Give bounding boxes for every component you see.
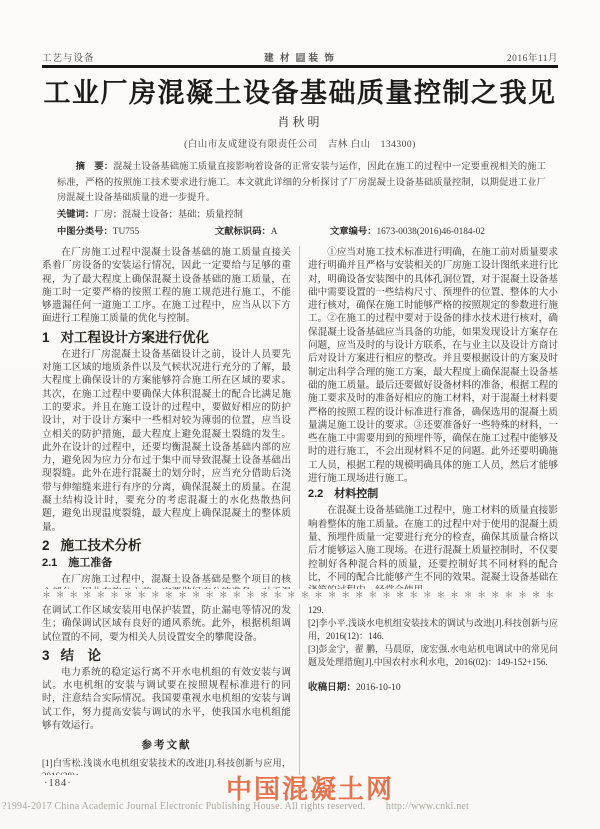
doc-code-value: A	[271, 227, 278, 237]
section-heading-2: 2施工技术分析	[42, 537, 291, 554]
article-id-value: 1673-0038(2016)46-0184-02	[377, 227, 485, 237]
body-paragraph: 在调试工作区域安装用电保护装置，防止漏电等情况的发生；确保调试区域有良好的通风系…	[42, 604, 291, 644]
header-rule	[42, 65, 558, 68]
journal-title: 建 材 与 装 饰	[214, 50, 386, 64]
author-name: 肖秋明	[0, 113, 600, 130]
section-number: 3	[42, 647, 50, 664]
clc-value: TU755	[113, 227, 139, 237]
continued-article: 在调试工作区域安装用电保护装置，防止漏电等情况的发生；确保调试区域有良好的通风系…	[42, 604, 558, 775]
subsection-number: 2.1	[42, 556, 57, 571]
abstract-block: 摘 要：混凝土设备基础施工质量直接影响着设备的正常安装与运作，因此在施工的过程中…	[57, 159, 546, 241]
body-paragraph: 在混凝土设备基础施工过程中，施工材料的质量直接影响着整体的施工质量。在施工的过程…	[308, 504, 558, 589]
main-body: 在厂房施工过程中混凝土设备基础的施工质量直接关系着厂房设备的安装运行情况，因此一…	[42, 246, 558, 589]
bottom-left-column: 在调试工作区域安装用电保护装置，防止漏电等情况的发生；确保调试区域有良好的通风系…	[42, 604, 300, 775]
abstract-paragraph: 摘 要：混凝土设备基础施工质量直接影响着设备的正常安装与运作，因此在施工的过程中…	[57, 159, 546, 207]
main-right-column: ①应当对施工技术标准进行明确，在施工前对质量要求进行明确并且严格与安装相关的厂房…	[300, 246, 558, 589]
asterisk-divider: ＊＊＊＊＊＊＊＊＊＊＊＊＊＊＊＊＊＊＊＊＊＊＊＊＊＊＊＊＊＊＊＊＊＊＊＊＊＊	[42, 589, 558, 601]
author-affiliation: (白山市友成建设有限责任公司 吉林 白山 134300)	[0, 136, 600, 150]
article-title: 工业厂房混凝土设备基础质量控制之我见	[30, 71, 570, 110]
reference-continuation: 129.	[308, 604, 558, 617]
issue-date: 2016年11月	[386, 50, 558, 64]
section-title: 施工技术分析	[61, 538, 142, 553]
section-name: 工艺与设备	[42, 50, 214, 64]
page-number: ·184·	[44, 778, 72, 789]
subsection-title: 施工准备	[68, 557, 112, 569]
subsection-heading-2-1: 2.1施工准备	[42, 556, 291, 571]
body-paragraph: 在进行厂房混凝土设备基础设计之前，设计人员要先对施工区域的地质条件以及气候状况进…	[42, 348, 291, 534]
section-number: 2	[42, 537, 50, 554]
main-left-column: 在厂房施工过程中混凝土设备基础的施工质量直接关系着厂房设备的安装运行情况，因此一…	[42, 246, 300, 589]
body-paragraph: 在厂房施工过程中混凝土设备基础的施工质量直接关系着厂房设备的安装运行情况，因此一…	[42, 246, 291, 326]
section-heading-3: 3结 论	[42, 647, 291, 664]
received-date-value: 2016-10-10	[356, 682, 401, 693]
journal-page: 工艺与设备 建 材 与 装 饰 2016年11月 工业厂房混凝土设备基础质量控制…	[0, 0, 600, 829]
section-title: 结 论	[61, 648, 102, 663]
keywords-line: 关键词：厂房；混凝土设备；基础；质量控制	[57, 207, 546, 224]
subsection-heading-2-2: 2.2材料控制	[308, 487, 558, 502]
subsection-title: 材料控制	[334, 488, 378, 500]
doc-code-item: 文献标识码：A	[215, 224, 330, 241]
section-title: 对工程设计方案进行优化	[61, 330, 210, 345]
body-paragraph: 电力系统的稳定运行离不开水电机组的有效安装与调试。水电机组的安装与调试要在按照规…	[42, 666, 291, 732]
abstract-label: 摘 要：	[76, 161, 114, 171]
doc-code-label: 文献标识码：	[215, 226, 271, 236]
reference-item: [3]彭金宁，翟 鹏，马晨原，庞宏强.水电站机电调试中的常见问题及处理措施[J]…	[308, 643, 558, 669]
clc-item: 中图分类号：TU755	[57, 224, 215, 241]
classification-line: 中图分类号：TU755 文献标识码：A 文章编号：1673-0038(2016)…	[57, 224, 546, 241]
keywords-text: 厂房；混凝土设备；基础；质量控制	[94, 210, 243, 220]
abstract-text: 混凝土设备基础施工质量直接影响着设备的正常安装与运作，因此在施工的过程中一定要重…	[57, 162, 546, 203]
journal-title-left: 建 材	[264, 50, 291, 64]
section-number: 1	[42, 329, 50, 346]
subsection-number: 2.2	[308, 487, 323, 502]
section-heading-1: 1对工程设计方案进行优化	[42, 329, 291, 346]
reference-item: [2]李小平.浅谈水电机组安装技术的调试与改进[J].科技创新与应用，2016(…	[308, 617, 558, 643]
keywords-label: 关键词：	[57, 209, 94, 219]
bottom-right-column: 129. [2]李小平.浅谈水电机组安装技术的调试与改进[J].科技创新与应用，…	[300, 604, 558, 775]
clc-label: 中图分类号：	[57, 226, 113, 236]
received-date-label: 收稿日期：	[308, 682, 356, 693]
references-heading: 参考文献	[42, 739, 291, 752]
article-id-label: 文章编号：	[330, 226, 377, 236]
body-paragraph: 在厂房施工过程中，混凝土设备基础是整个项目的核心部分，因此在施工之前一定要做好充…	[42, 573, 291, 589]
journal-title-right: 装 饰	[309, 50, 336, 64]
article-id-item: 文章编号：1673-0038(2016)46-0184-02	[330, 224, 485, 241]
copyright-line: ?1994-2017 China Academic Journal Electr…	[2, 797, 598, 812]
journal-logo-icon: 与	[296, 53, 305, 62]
received-date-line: 收稿日期：2016-10-10	[308, 681, 558, 694]
body-paragraph: ①应当对施工技术标准进行明确，在施工前对质量要求进行明确并且严格与安装相关的厂房…	[308, 246, 558, 485]
running-head: 工艺与设备 建 材 与 装 饰 2016年11月	[42, 50, 558, 64]
